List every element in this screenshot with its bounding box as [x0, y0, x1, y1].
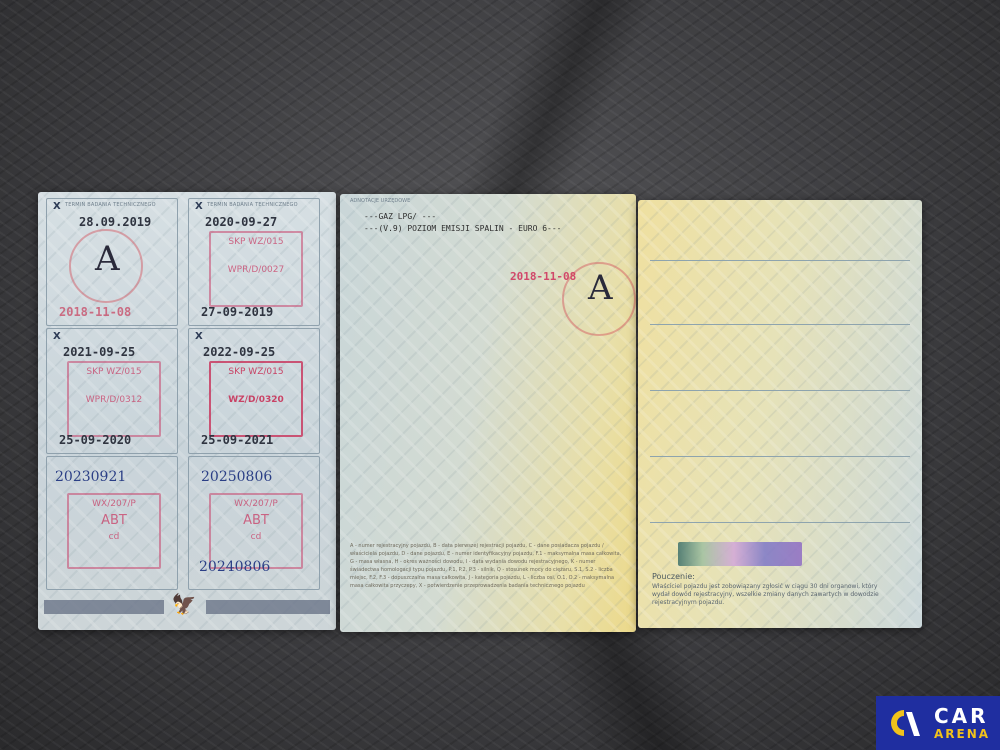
inspection-stamp: SKP WZ/015 WPR/D/0027: [209, 231, 303, 307]
inspection-cell: X 2022-09-25 SKP WZ/015 WZ/D/0320 25-09-…: [188, 328, 320, 454]
inspection-header: TERMIN BADANIA TECHNICZNEGO: [65, 202, 156, 208]
issue-date: 2018-11-08: [59, 305, 131, 319]
annotations-header: ADNOTACJE URZĘDOWE: [350, 198, 410, 204]
issue-date: 25-09-2021: [201, 433, 273, 447]
next-inspection-date: 28.09.2019: [79, 215, 151, 229]
field-legend: A - numer rejestracyjny pojazdu, B - dat…: [350, 542, 622, 590]
inspection-header: TERMIN BADANIA TECHNICZNEGO: [207, 202, 298, 208]
inspection-mark: X: [53, 201, 61, 212]
watermark-line2: ARENA: [934, 727, 990, 741]
issue-date: 25-09-2020: [59, 433, 131, 447]
next-inspection-date: 2021-09-25: [63, 345, 135, 359]
inspection-stamp: SKP WZ/015 WPR/D/0312: [67, 361, 161, 437]
issue-date: 20240806: [199, 559, 270, 575]
signature: A: [588, 268, 613, 308]
issue-date: 27-09-2019: [201, 305, 273, 319]
car-arena-watermark: CAR ARENA: [876, 696, 1000, 750]
next-inspection-date: 20230921: [55, 469, 126, 485]
seat-seam: [530, 620, 731, 750]
inspection-cell: 20250806 WX/207/P ABT cd 20240806: [188, 456, 320, 590]
inspection-page: X TERMIN BADANIA TECHNICZNEGO 28.09.2019…: [38, 192, 336, 630]
inspection-stamp: WX/207/P ABT cd: [209, 493, 303, 569]
car-arena-logo-icon: [890, 708, 920, 738]
next-inspection-date: 20250806: [201, 469, 272, 485]
inspection-mark: X: [195, 331, 203, 342]
next-inspection-date: 2020-09-27: [205, 215, 277, 229]
signature: A: [95, 239, 120, 279]
emblem-bar: 🦅: [44, 596, 330, 616]
notice-title: Pouczenie:: [652, 572, 695, 581]
annotations-page: ADNOTACJE URZĘDOWE ---GAZ LPG/ --- ---(V…: [340, 194, 636, 632]
registration-document: X TERMIN BADANIA TECHNICZNEGO 28.09.2019…: [38, 188, 922, 638]
inspection-mark: X: [53, 331, 61, 342]
annotation-line: ---(V.9) POZIOM EMISJI SPALIN - EURO 6--…: [364, 224, 561, 233]
notice-page: Pouczenie: Właściciel pojazdu jest zobow…: [638, 200, 922, 628]
inspection-mark: X: [195, 201, 203, 212]
inspection-cell: 20230921 WX/207/P ABT cd: [46, 456, 178, 590]
inspection-cell: X TERMIN BADANIA TECHNICZNEGO 2020-09-27…: [188, 198, 320, 326]
watermark-line1: CAR: [934, 704, 989, 728]
inspection-cell: X 2021-09-25 SKP WZ/015 WPR/D/0312 25-09…: [46, 328, 178, 454]
inspection-stamp: SKP WZ/015 WZ/D/0320: [209, 361, 303, 437]
inspection-cell: X TERMIN BADANIA TECHNICZNEGO 28.09.2019…: [46, 198, 178, 326]
security-hologram: [678, 542, 802, 566]
notice-body: Właściciel pojazdu jest zobowiązany zgło…: [652, 583, 892, 607]
polish-eagle-icon: 🦅: [170, 592, 198, 620]
next-inspection-date: 2022-09-25: [203, 345, 275, 359]
seat-seam: [453, 0, 656, 200]
inspection-stamp: WX/207/P ABT cd: [67, 493, 161, 569]
annotation-line: ---GAZ LPG/ ---: [364, 212, 436, 221]
